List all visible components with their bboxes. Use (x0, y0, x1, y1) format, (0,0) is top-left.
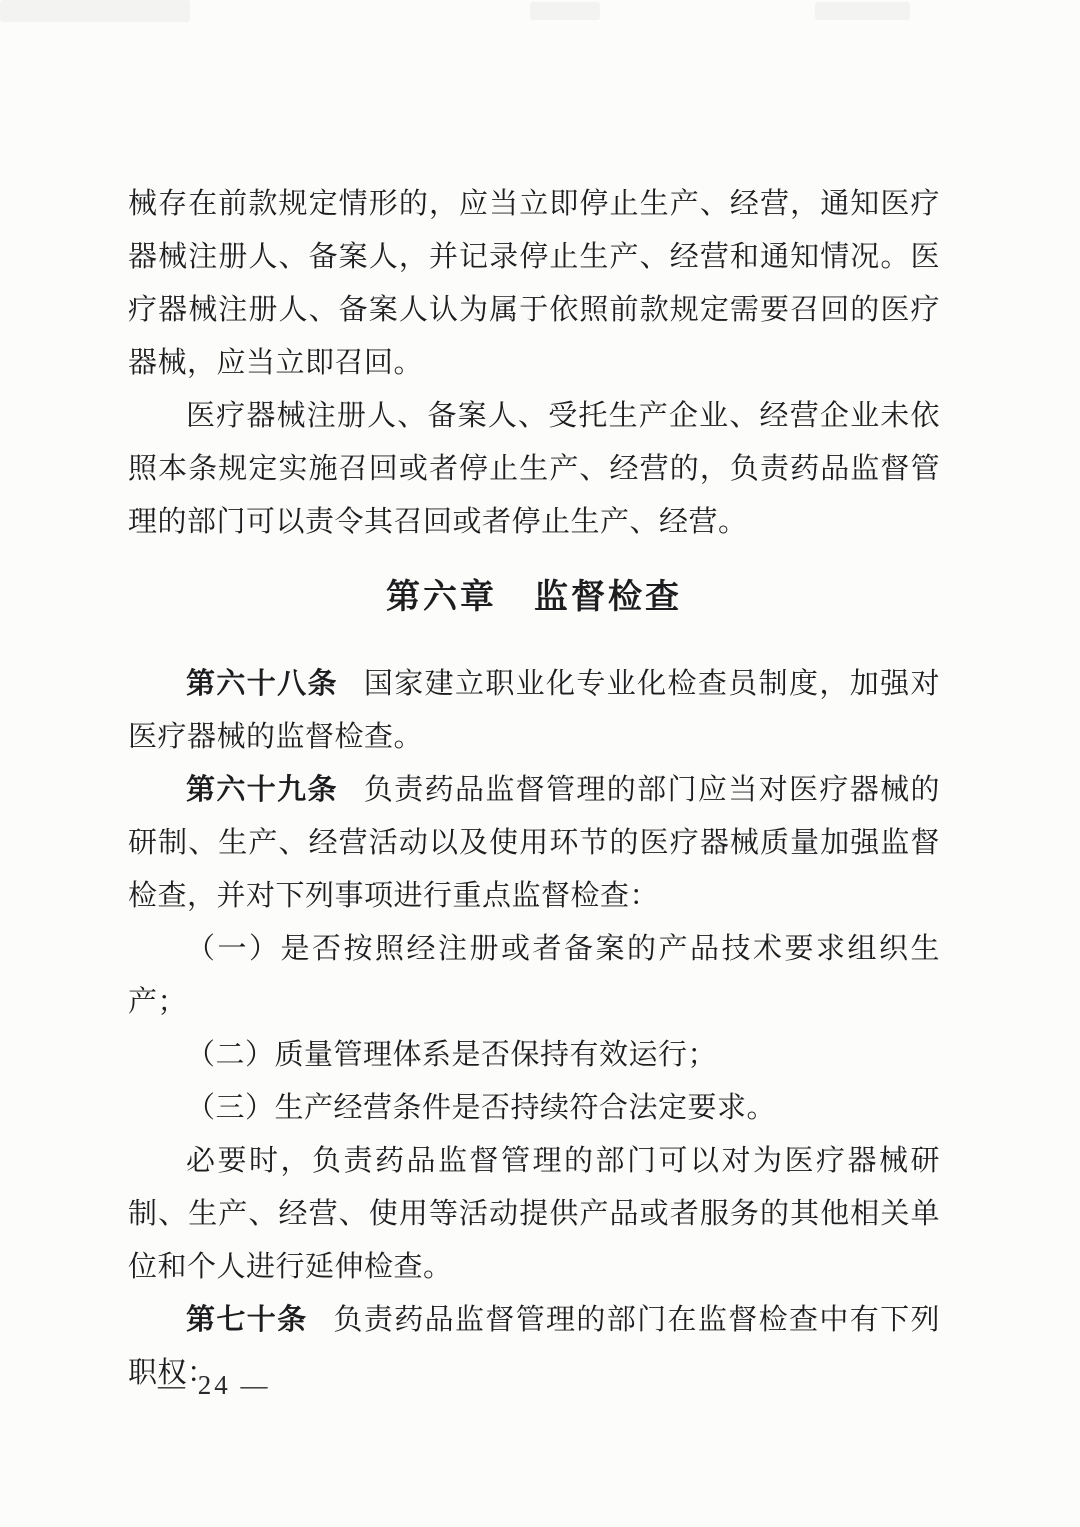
article-69-label: 第六十九条 (186, 774, 338, 806)
scan-artifact (815, 2, 910, 20)
document-body: 械存在前款规定情形的，应当立即停止生产、经营，通知医疗器械注册人、备案人，并记录… (128, 178, 940, 1400)
list-item-1: （一）是否按照经注册或者备案的产品技术要求组织生产； (128, 923, 940, 1029)
article-70-label: 第七十条 (186, 1304, 307, 1336)
document-page: 械存在前款规定情形的，应当立即停止生产、经营，通知医疗器械注册人、备案人，并记录… (0, 0, 1080, 1527)
article-68-label: 第六十八条 (186, 668, 338, 700)
article-69: 第六十九条负责药品监督管理的部门应当对医疗器械的研制、生产、经营活动以及使用环节… (128, 764, 940, 923)
paragraph-continuation: 械存在前款规定情形的，应当立即停止生产、经营，通知医疗器械注册人、备案人，并记录… (128, 178, 940, 390)
scan-artifact (0, 0, 190, 22)
paragraph-recall-order: 医疗器械注册人、备案人、受托生产企业、经营企业未依照本条规定实施召回或者停止生产… (128, 390, 940, 549)
list-item-3: （三）生产经营条件是否持续符合法定要求。 (128, 1082, 940, 1135)
page-number: — 24 — (158, 1370, 271, 1401)
article-68: 第六十八条国家建立职业化专业化检查员制度，加强对医疗器械的监督检查。 (128, 658, 940, 764)
chapter-heading: 第六章 监督检查 (128, 574, 940, 622)
paragraph-extended-inspection: 必要时，负责药品监督管理的部门可以对为医疗器械研制、生产、经营、使用等活动提供产… (128, 1135, 940, 1294)
list-item-2: （二）质量管理体系是否保持有效运行； (128, 1029, 940, 1082)
scan-artifact (530, 2, 600, 20)
